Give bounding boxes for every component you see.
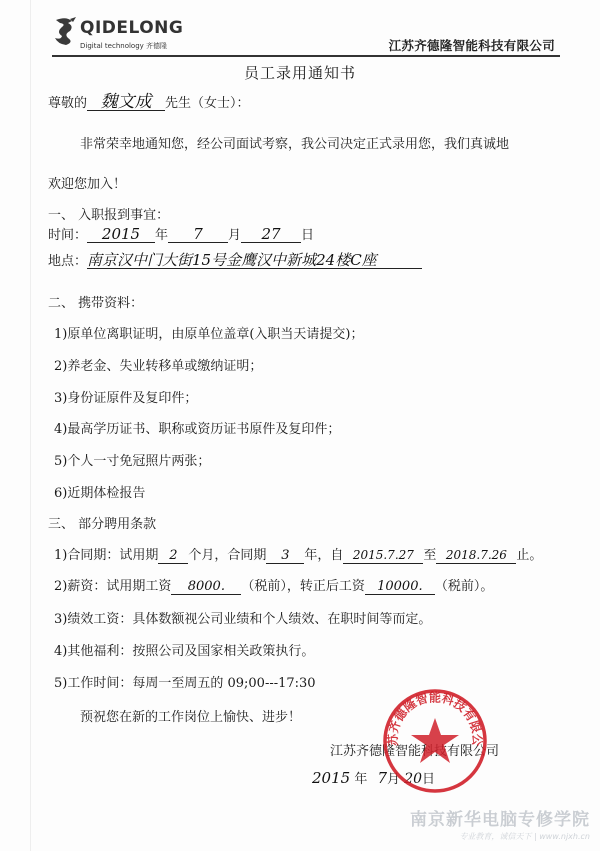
salary-mid: （税前），转正后工资: [241, 579, 365, 594]
regular-salary: 10000.: [365, 579, 435, 595]
location-line: 地点：南京汉中门大街15号金鹰汉中新城24楼C座: [48, 250, 422, 269]
intro-line-1: 非常荣幸地通知您，经公司面试考察，我公司决定正式录用您，我们真诚地: [80, 133, 509, 152]
signature-year: 2015: [312, 769, 350, 787]
scan-edge: [30, 0, 31, 851]
month-unit: 月: [228, 228, 241, 243]
signature-year-unit: 年: [354, 772, 367, 787]
salary-prefix: 2)薪资：试用期工资: [54, 579, 171, 594]
recipient-name: 魏文成: [87, 95, 165, 111]
place-handwritten: 南京汉中门大街15号金鹰汉中新城24楼C座: [87, 253, 422, 269]
time-label: 时间：: [48, 228, 87, 243]
offer-letter-page: QIDELONG Digital technology 齐德隆 江苏齐德隆智能科…: [0, 0, 600, 851]
document-item-2: 2)养老金、失业转移单或缴纳证明；: [54, 355, 262, 374]
contract-years: 3: [266, 548, 304, 564]
start-day: 27: [241, 227, 301, 243]
logo-subtitle: Digital technology 齐德隆: [80, 41, 167, 51]
company-name-header: 江苏齐德隆智能科技有限公司: [389, 36, 555, 54]
salary-suffix: （税前）。: [435, 579, 494, 594]
document-item-5: 5)个人一寸免冠照片两张；: [54, 450, 210, 469]
place-label: 地点：: [48, 254, 87, 269]
term-item-5: 5)工作时间：每周一至周五的 09;00---17:30: [54, 672, 316, 691]
contract-start-date: 2015.7.27: [343, 548, 423, 564]
start-time-line: 时间：2015年7月27日: [48, 224, 314, 243]
term-item-3: 3)绩效工资：具体数额视公司业绩和个人绩效、在职时间等而定。: [54, 608, 431, 627]
term-item-4: 4)其他福利：按照公司及国家相关政策执行。: [54, 640, 314, 659]
company-logo: QIDELONG Digital technology 齐德隆: [52, 14, 182, 54]
company-seal-stamp: 江苏齐德隆智能科技有限公司: [382, 688, 488, 794]
watermark-title: 南京新华电脑专修学院: [398, 805, 590, 830]
document-item-1: 1)原单位离职证明，由原单位盖章(入职当天请提交)；: [54, 323, 364, 342]
contract-term-line: 1)合同期：试用期2个月，合同期3年，自2015.7.27至2018.7.26止…: [54, 544, 542, 564]
dragon-logo-icon: [52, 16, 78, 46]
year-unit: 年: [155, 228, 168, 243]
closing-wish: 预祝您在新的工作岗位上愉快、进步！: [80, 706, 301, 725]
contract-mid-3: 至: [423, 548, 436, 563]
document-item-4: 4)最高学历证书、职称或资历证书原件及复印件；: [54, 418, 340, 437]
document-item-3: 3)身份证原件及复印件；: [54, 387, 197, 406]
contract-prefix: 1)合同期：试用期: [54, 548, 158, 563]
header-divider: [52, 55, 560, 57]
contract-mid-2: 年，自: [304, 548, 343, 563]
document-item-6: 6)近期体检报告: [54, 482, 145, 501]
probation-salary: 8000.: [171, 579, 241, 595]
day-unit: 日: [301, 228, 314, 243]
logo-name: QIDELONG: [80, 18, 183, 38]
greeting-suffix: 先生（女士）：: [165, 96, 250, 111]
watermark-slogan: 专业教育，诚信天下 | www.njxh.cn: [398, 831, 590, 842]
section2-heading: 二、 携带资料：: [48, 292, 143, 311]
school-watermark: 南京新华电脑专修学院 专业教育，诚信天下 | www.njxh.cn: [398, 805, 590, 842]
start-year: 2015: [87, 227, 155, 243]
contract-end-date: 2018.7.26: [436, 548, 516, 564]
section3-heading: 三、 部分聘用条款: [48, 513, 156, 532]
probation-months: 2: [158, 548, 188, 564]
greeting-prefix: 尊敬的: [48, 96, 87, 111]
start-month: 7: [168, 227, 228, 243]
salary-line: 2)薪资：试用期工资8000.（税前），转正后工资10000.（税前）。: [54, 575, 493, 595]
intro-line-2: 欢迎您加入！: [48, 173, 126, 192]
contract-mid-1: 个月，合同期: [188, 548, 266, 563]
greeting-line: 尊敬的魏文成先生（女士）：: [48, 92, 250, 111]
section1-heading: 一、 入职报到事宜：: [48, 204, 169, 223]
contract-suffix: 止。: [516, 548, 542, 563]
document-title: 员工录用通知书: [0, 62, 600, 83]
